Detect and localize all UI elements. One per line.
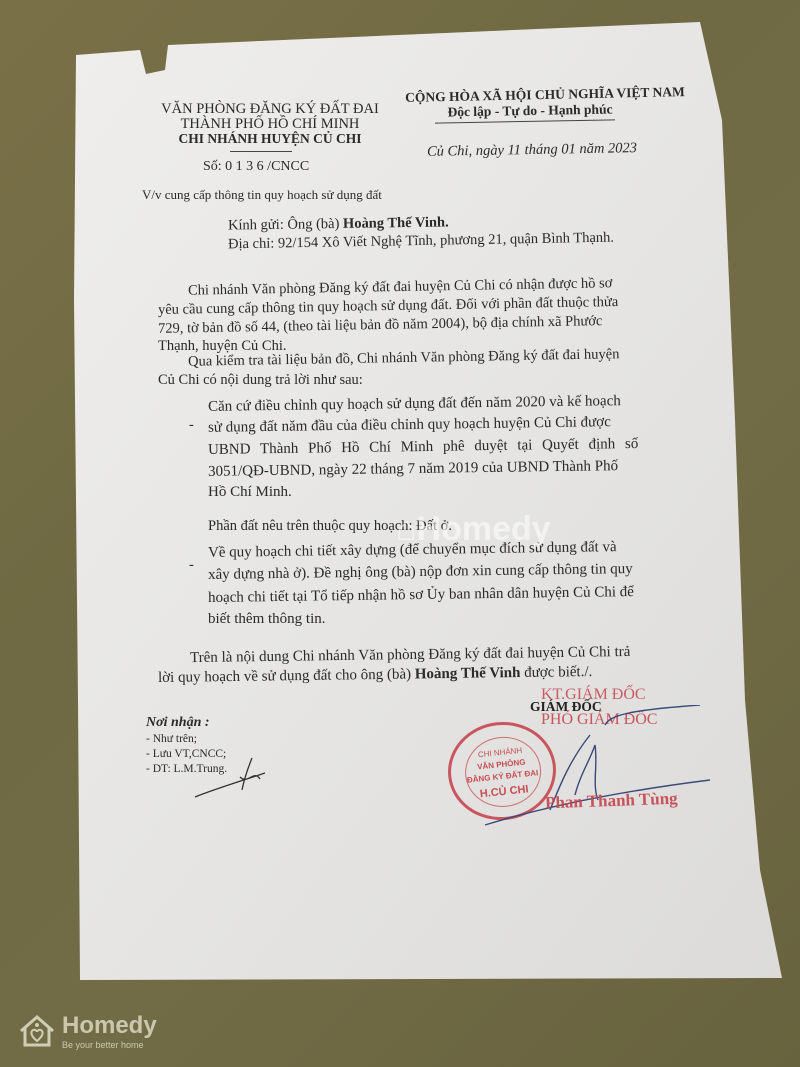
bullet-2-line-2: xây dựng nhà ở). Đề nghị ông (bà) nộp đơ… bbox=[208, 562, 633, 583]
bullet-2-line-3: hoạch chi tiết tại Tổ tiếp nhận hồ sơ Ủy… bbox=[208, 585, 634, 606]
closing-line-2: lời quy hoạch về sử dụng đất cho ông (bà… bbox=[158, 665, 593, 686]
closing-end: được biết./. bbox=[520, 664, 592, 681]
recipient-line: Kính gửi: Ông (bà) Hoàng Thế Vinh. bbox=[228, 215, 449, 233]
bullet-1-line-2: sử dụng đất năm đầu của điều chỉnh quy h… bbox=[208, 415, 611, 436]
p1-line-3: 729, tờ bản đồ số 44, (theo tài liệu bản… bbox=[158, 314, 603, 336]
bullet-2-mark: - bbox=[189, 558, 194, 573]
home-heart-icon bbox=[18, 1014, 56, 1048]
brand-tagline: Be your better home bbox=[62, 1040, 144, 1050]
brand-name: Homedy bbox=[62, 1014, 157, 1038]
center-watermark-text: Homedy bbox=[417, 510, 551, 548]
bullet-1-line-1: Căn cứ điều chỉnh quy hoạch sử dụng đất … bbox=[208, 394, 621, 415]
agency-line-3: CHI NHÁNH HUYỆN CỦ CHI bbox=[120, 132, 420, 146]
signatory-name: Phan Thanh Tùng bbox=[545, 790, 678, 812]
initials-signature bbox=[190, 755, 270, 805]
closing-text: lời quy hoạch về sử dụng đất cho ông (bà… bbox=[158, 666, 415, 686]
bullet-1-line-3: UBND Thành Phố Hồ Chí Minh phê duyệt tại… bbox=[208, 437, 638, 458]
bullet-1-mark: - bbox=[189, 418, 194, 433]
national-divider bbox=[435, 119, 615, 123]
director-signature bbox=[480, 705, 720, 830]
place-date: Củ Chi, ngày 11 tháng 01 năm 2023 bbox=[427, 141, 637, 159]
bullet-1-line-4: 3051/QĐ-UBND, ngày 22 tháng 7 năm 2019 c… bbox=[208, 459, 618, 480]
p1-line-4: Thạnh, huyện Củ Chi. bbox=[158, 339, 286, 354]
closing-line-1: Trên là nội dung Chi nhánh Văn phòng Đăn… bbox=[190, 645, 631, 666]
bullet-2-line-4: biết thêm thông tin. bbox=[208, 612, 326, 627]
recipient-address: Địa chỉ: 92/154 Xô Viết Nghệ Tĩnh, phươn… bbox=[228, 231, 614, 252]
recipients-item-1: - Như trên; bbox=[146, 734, 197, 746]
recipient-name: Hoàng Thế Vinh. bbox=[343, 214, 449, 231]
recipients-title: Nơi nhận : bbox=[146, 716, 210, 730]
center-watermark: ⌂Homedy bbox=[396, 510, 551, 549]
document: VĂN PHÒNG ĐĂNG KÝ ĐẤT ĐAI THÀNH PHỐ HỒ C… bbox=[0, 0, 800, 1067]
recipient-label: Kính gửi: Ông (bà) bbox=[228, 216, 343, 234]
bullet-1-line-5: Hồ Chí Minh. bbox=[208, 485, 292, 500]
p2-line-2: Củ Chi có nội dung trả lời như sau: bbox=[158, 373, 363, 388]
closing-name: Hoàng Thế Vinh bbox=[415, 665, 521, 682]
subject: V/v cung cấp thông tin quy hoạch sử dụng… bbox=[142, 188, 382, 201]
home-heart-icon: ⌂ bbox=[396, 510, 417, 548]
agency-divider bbox=[230, 151, 292, 152]
document-number: Số: 0 1 3 6 /CNCC bbox=[203, 160, 309, 174]
